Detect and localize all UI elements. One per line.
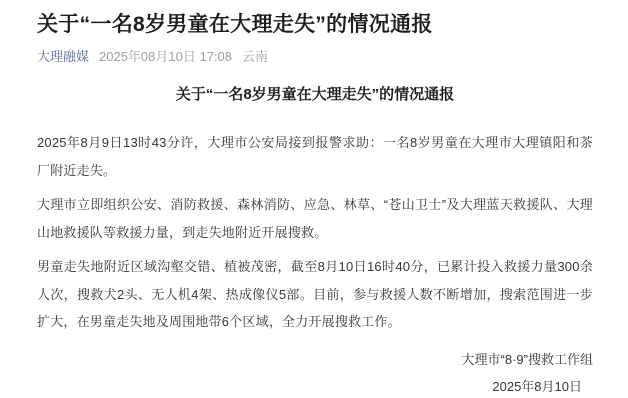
paragraph-progress: 男童走失地附近区域沟壑交错、植被茂密，截至8月10日16时40分，已累计投入救援…	[37, 253, 593, 336]
account-name-link[interactable]: 大理融媒	[37, 48, 89, 66]
paragraph-incident: 2025年8月9日13时43分许，大理市公安局接到报警求助：一名8岁男童在大理市…	[37, 129, 593, 184]
signature-org: 大理市“8·9”搜救工作组	[37, 346, 593, 373]
article-meta: 大理融媒 2025年08月10日 17:08 云南	[37, 48, 593, 66]
article-page: 关于“一名8岁男童在大理走失”的情况通报 大理融媒 2025年08月10日 17…	[0, 0, 628, 398]
notice-heading: 关于“一名8岁男童在大理走失”的情况通报	[37, 84, 593, 105]
paragraph-response: 大理市立即组织公安、消防救援、森林消防、应急、林草、“苍山卫士”及大理蓝天救援队…	[37, 191, 593, 246]
signature-block: 大理市“8·9”搜救工作组 2025年8月10日	[37, 346, 593, 398]
page-title: 关于“一名8岁男童在大理走失”的情况通报	[37, 10, 593, 39]
article-body: 关于“一名8岁男童在大理走失”的情况通报 2025年8月9日13时43分许，大理…	[37, 84, 593, 398]
publish-datetime: 2025年08月10日 17:08	[99, 48, 232, 66]
publish-location: 云南	[242, 48, 268, 66]
signature-date: 2025年8月10日	[37, 373, 593, 398]
